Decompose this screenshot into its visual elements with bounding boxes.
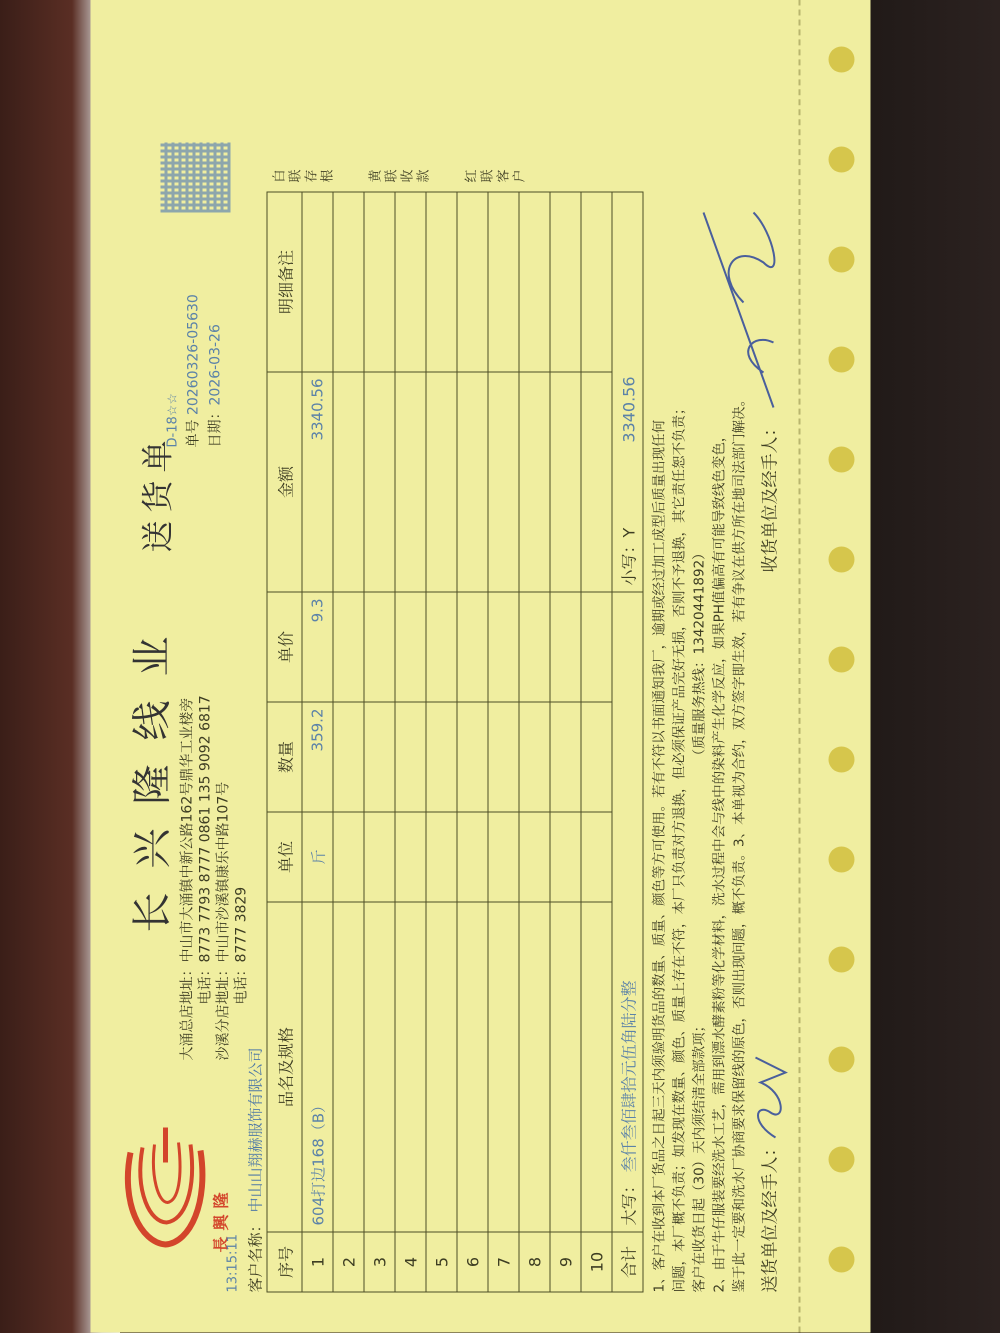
qr-code-icon: [161, 143, 231, 213]
table-row: 8: [519, 192, 550, 1292]
copy-labels: 白联存根 黄联收款 红联客户: [273, 163, 561, 183]
total-row: 合计 大写： 叁仟叁佰肆拾元伍角陆分整 小写：Y 3340.56: [612, 192, 643, 1292]
item-qty: 359.2: [302, 702, 333, 812]
signature-row: 送货单位及经手人： 收货单位及经手人：: [754, 153, 784, 1293]
table-row: 1 604打边168（B） 斤 359.2 9.3 3340.56: [302, 192, 333, 1292]
customer-label: 客户名称：: [245, 1217, 266, 1292]
table-header-row: 序号 品名及规格 单位 数量 单价 金额 明细备注: [267, 192, 302, 1292]
receiver-signature-icon: [694, 193, 784, 413]
address-row: 沙溪分店地址：中山市沙溪镇康乐中路107号: [215, 695, 233, 1062]
col-header: 单位: [267, 812, 302, 902]
address-row: 大涌总店地址：中山市大涌镇中新公路162号鼎华工业楼旁: [179, 695, 197, 1062]
col-header: 数量: [267, 702, 302, 812]
table-row: 6: [457, 192, 488, 1292]
col-header: 金额: [267, 372, 302, 592]
total-in-figures: 小写：Y 3340.56: [612, 192, 643, 592]
feed-hole: [829, 1047, 855, 1073]
delivery-note-paper: 長興隆 长兴隆线业 送货单 大涌总店地址：中山市大涌镇中新公路162号鼎华工业楼…: [91, 0, 871, 1333]
col-header: 品名及规格: [267, 902, 302, 1232]
sender-signature-icon: [746, 1053, 790, 1143]
col-header: 序号: [267, 1232, 302, 1292]
form-code: D-18☆☆: [166, 393, 181, 448]
customer-name: 中山山翔赫服饰有限公司: [245, 1047, 266, 1212]
delivery-note: 長興隆 长兴隆线业 送货单 大涌总店地址：中山市大涌镇中新公路162号鼎华工业楼…: [111, 153, 791, 1293]
feed-hole: [829, 347, 855, 373]
copy-label-yellow: 黄联收款: [369, 163, 433, 183]
terms-line: 1、客户在收到本厂货品之日起三天内须验明货品的数量、质量、颜色等方可使用。若有不…: [650, 193, 670, 1293]
print-time: 13:15:11: [226, 1234, 241, 1292]
feed-hole: [829, 647, 855, 673]
order-number-label: 单号: [186, 420, 202, 448]
delivery-note-photo: 長興隆 长兴隆线业 送货单 大涌总店地址：中山市大涌镇中新公路162号鼎华工业楼…: [90, 0, 870, 1333]
feed-hole: [829, 747, 855, 773]
col-header: 单价: [267, 592, 302, 702]
table-row: 4: [395, 192, 426, 1292]
date-label: 日期：: [208, 406, 224, 448]
table-row: 9: [550, 192, 581, 1292]
table-row: 2: [333, 192, 364, 1292]
receiver-signature-label: 收货单位及经手人：: [756, 420, 781, 573]
feed-hole: [829, 247, 855, 273]
header: 長興隆 长兴隆线业 送货单 大涌总店地址：中山市大涌镇中新公路162号鼎华工业楼…: [111, 153, 241, 1293]
feed-hole: [829, 1247, 855, 1273]
table-row: 3: [364, 192, 395, 1292]
company-logo-icon: [121, 1123, 211, 1263]
feed-hole: [829, 1147, 855, 1173]
sender-signature-label: 送货单位及经手人：: [756, 1140, 781, 1293]
item-name: 604打边168（B）: [302, 902, 333, 1232]
total-label: 合计: [612, 1232, 643, 1292]
item-price: 9.3: [302, 592, 333, 702]
customer-row: 客户名称： 中山山翔赫服饰有限公司: [241, 153, 267, 1293]
company-name: 长兴隆线业: [121, 613, 178, 933]
table-row: 5: [426, 192, 457, 1292]
feed-hole: [829, 447, 855, 473]
order-number: 20260326-05630: [186, 294, 202, 415]
phone-row: 电话：8773 7793 8777 0861 135 9092 6817: [197, 695, 215, 1062]
item-note: [302, 192, 333, 372]
terms-line: 问题，本厂概不负责；如发现在数量、颜色、质量上存在不符，本厂只负责对方退换，但必…: [670, 193, 690, 1293]
item-unit: 斤: [302, 812, 333, 902]
col-header: 明细备注: [267, 192, 302, 372]
order-date: 2026-03-26: [208, 324, 224, 405]
document-type-title: 送货单: [133, 432, 179, 552]
table-row: 10: [581, 192, 612, 1292]
item-amount: 3340.56: [302, 372, 333, 592]
table-row: 7: [488, 192, 519, 1292]
items-table: 序号 品名及规格 单位 数量 单价 金额 明细备注 1 604打边168（B） …: [267, 192, 644, 1293]
total-in-words: 大写： 叁仟叁佰肆拾元伍角陆分整: [612, 592, 643, 1232]
feed-hole: [829, 847, 855, 873]
feed-hole: [829, 47, 855, 73]
order-meta: 单号 20260326-05630 日期：2026-03-26: [183, 294, 227, 447]
feed-hole: [829, 547, 855, 573]
feed-hole: [829, 947, 855, 973]
copy-label-white: 白联存根: [273, 163, 337, 183]
tractor-feed-strip: [799, 0, 871, 1333]
copy-label-red: 红联客户: [465, 163, 529, 183]
feed-hole: [829, 147, 855, 173]
